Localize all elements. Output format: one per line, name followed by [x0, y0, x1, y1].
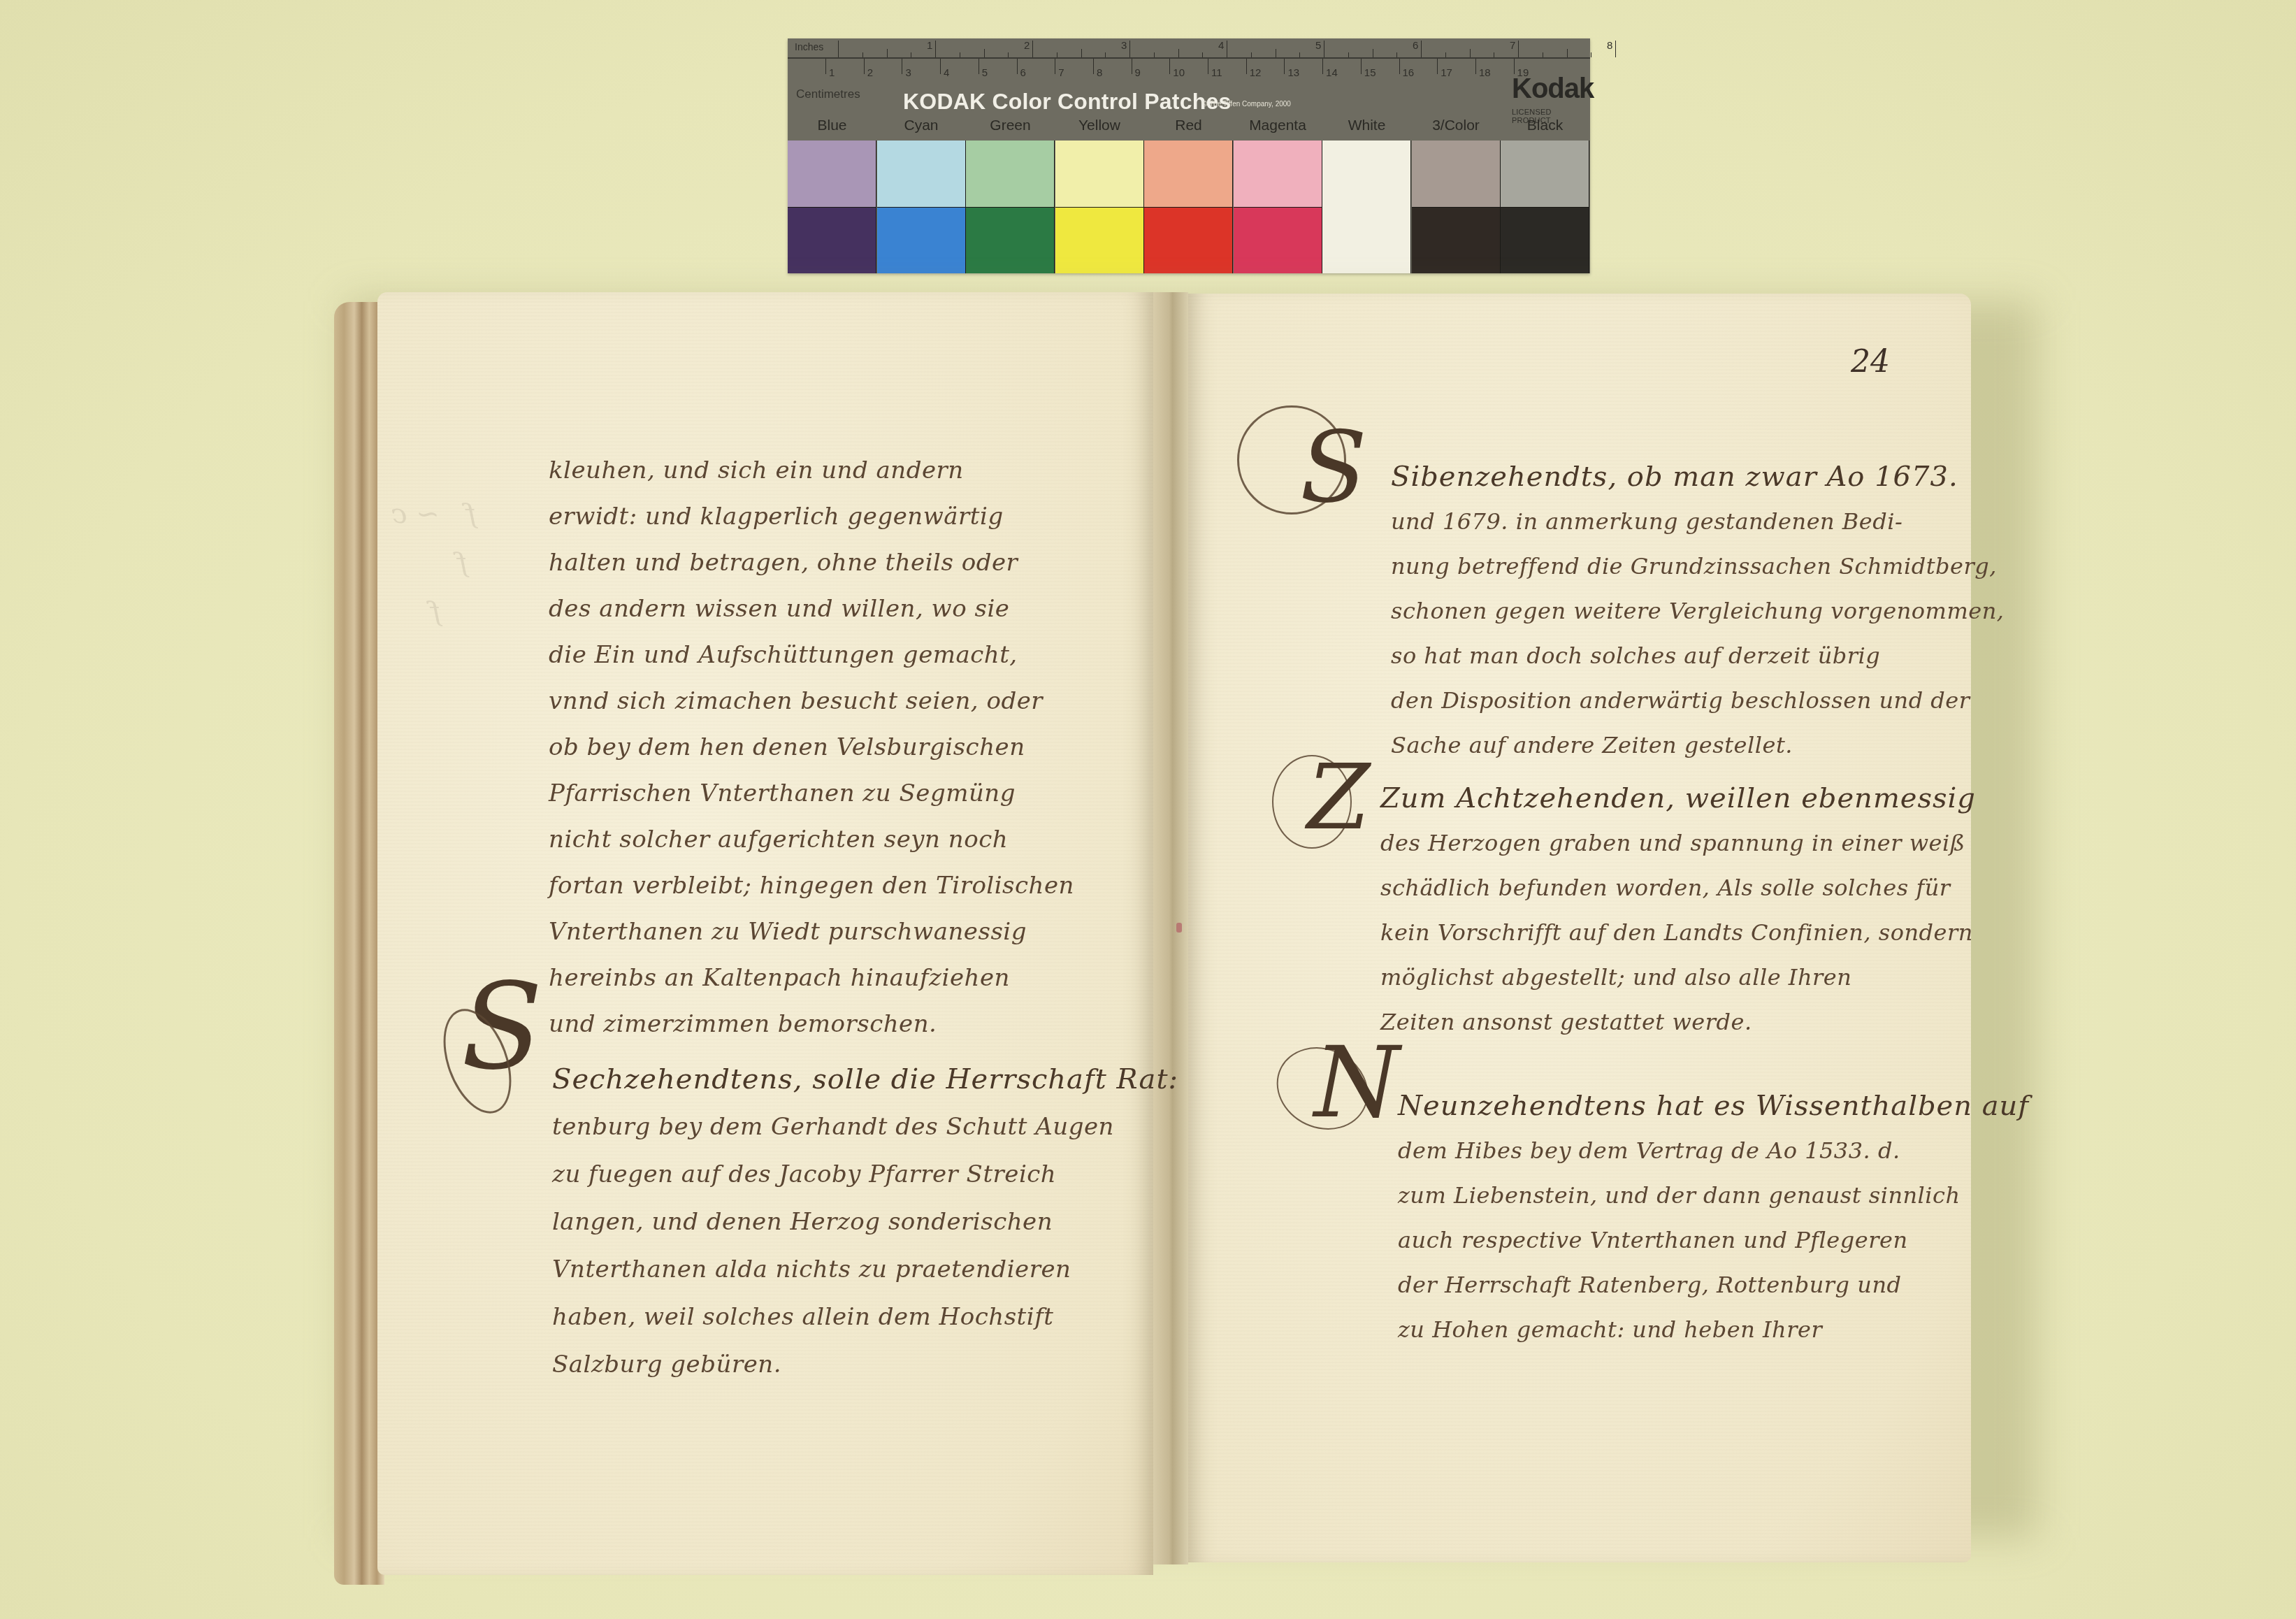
- ruler-tick: [838, 41, 839, 57]
- cm-mark: 4: [944, 67, 949, 79]
- article-16-text: Sechzehendtens, solle die Herrschaft Rat…: [552, 1056, 1178, 1388]
- centimetres-label: Centimetres: [796, 87, 860, 101]
- article-17-text: Sibenzehendts, ob man zwar Ao 1673. und …: [1391, 454, 2004, 768]
- inch-mark: 6: [1413, 40, 1418, 52]
- cm-mark: 1: [829, 67, 835, 79]
- text-line: Salzburg gebüren.: [552, 1341, 1178, 1388]
- ruler-tick: [1129, 41, 1130, 57]
- patch-blue-dark: [788, 208, 876, 273]
- inch-mark: 7: [1510, 40, 1515, 52]
- patch-label-black: Black: [1501, 117, 1589, 134]
- inch-mark: 4: [1218, 40, 1224, 52]
- ruler-tick: [1615, 41, 1616, 57]
- ruler-tick: [1081, 49, 1082, 57]
- ruler-tick: [1470, 49, 1471, 57]
- ruler-tick: [864, 59, 865, 74]
- ruler-tick: [1055, 59, 1055, 74]
- ruler-tick: [1399, 59, 1400, 74]
- ruler-tick: [1208, 59, 1208, 74]
- text-line: Zeiten ansonst gestattet werde.: [1380, 1000, 1976, 1044]
- text-line: den Disposition anderwärtig beschlossen …: [1391, 678, 2004, 723]
- ruler-tick: [1348, 52, 1349, 57]
- ruler-tick: [979, 59, 979, 74]
- patch-red-light: [1144, 141, 1233, 208]
- ruler-tick: [1276, 49, 1276, 57]
- ruler-tick: [1284, 59, 1285, 74]
- text-line: schonen gegen weitere Vergleichung vorge…: [1391, 589, 2004, 633]
- inch-mark: 1: [927, 40, 932, 52]
- cm-mark: 2: [867, 67, 873, 79]
- text-line: ob bey dem hen denen Velsburgischen: [549, 724, 1074, 770]
- ruler-tick: [1246, 59, 1247, 74]
- decorated-initial-z: Z: [1307, 751, 1370, 842]
- ruler-tick: [1591, 52, 1591, 57]
- text-line: tenburg bey dem Gerhandt des Schutt Auge…: [552, 1103, 1178, 1151]
- ruler-tick: [935, 41, 936, 57]
- ruler-tick: [1475, 59, 1476, 74]
- patch-yellow-dark: [1055, 208, 1144, 273]
- patch-label-cyan: Cyan: [877, 117, 966, 134]
- article-19-text: Neunzehendtens hat es Wissenthalben auf …: [1398, 1084, 2029, 1352]
- ruler-tick: [960, 52, 960, 57]
- card-title: KODAK Color Control Patches: [903, 89, 1231, 115]
- text-line: des Herzogen graben und spannung in eine…: [1380, 821, 1976, 865]
- text-line: dem Hibes bey dem Vertrag de Ao 1533. d.: [1398, 1128, 2029, 1173]
- ruler-tick: [1132, 59, 1132, 74]
- ruler-tick: [1396, 52, 1397, 57]
- patch-black-light: [1501, 141, 1589, 208]
- article-heading: Zum Achtzehenden, weillen ebenmessig: [1380, 776, 1976, 821]
- patch-white: [1322, 141, 1411, 273]
- patch-magenta-dark: [1234, 208, 1322, 273]
- cm-mark: 7: [1058, 67, 1064, 79]
- patch-black-dark: [1501, 208, 1589, 273]
- ruler-tick: [1361, 59, 1362, 74]
- text-line: vnnd sich zimachen besucht seien, oder: [549, 678, 1074, 724]
- text-line: auch respective Vnterthanen und Pflegere…: [1398, 1218, 2029, 1262]
- text-line: schädlich befunden worden, Als solle sol…: [1380, 865, 1976, 910]
- text-line: die Ein und Aufschüttungen gemacht,: [549, 632, 1074, 678]
- ruler-tick: [1008, 52, 1009, 57]
- text-line: zu fuegen auf des Jacoby Pfarrer Streich: [552, 1151, 1178, 1198]
- cm-mark: 3: [905, 67, 911, 79]
- ruler-tick: [1032, 41, 1033, 57]
- patch-label-green: Green: [966, 117, 1055, 134]
- cm-mark: 17: [1441, 67, 1452, 79]
- text-line: fortan verbleibt; hingegen den Tirolisch…: [549, 863, 1074, 909]
- text-line: und 1679. in anmerkung gestandenen Bedi-: [1391, 499, 2004, 544]
- patch-label-blue: Blue: [788, 117, 876, 134]
- ruler-tick: [1514, 59, 1515, 74]
- inch-mark: 3: [1121, 40, 1127, 52]
- article-heading: Neunzehendtens hat es Wissenthalben auf: [1398, 1084, 2029, 1128]
- patch-labels: BlueCyanGreenYellowRedMagentaWhite3/Colo…: [788, 117, 1590, 138]
- text-line: haben, weil solches allein dem Hochstift: [552, 1293, 1178, 1341]
- folio-number: 24: [1851, 344, 1890, 380]
- left-page-continuation-text: kleuhen, und sich ein und andern erwidt:…: [549, 447, 1074, 1047]
- ruler-tick: [1178, 49, 1179, 57]
- ruler-tick: [825, 59, 826, 74]
- text-line: hereinbs an Kaltenpach hinaufziehen: [549, 955, 1074, 1001]
- ruler-tick: [1494, 52, 1494, 57]
- text-line: möglichst abgestellt; und also alle Ihre…: [1380, 955, 1976, 1000]
- ruler-tick: [1057, 52, 1057, 57]
- text-line: nung betreffend die Grundzinssachen Schm…: [1391, 544, 2004, 589]
- ruler-tick: [984, 49, 985, 57]
- text-line: kein Vorschrifft auf den Landts Confinie…: [1380, 910, 1976, 955]
- ruler-tick: [1169, 59, 1170, 74]
- patch-blue-light: [788, 141, 876, 208]
- text-line: Sache auf andere Zeiten gestellet.: [1391, 723, 2004, 768]
- ruler-tick: [1299, 52, 1300, 57]
- cm-mark: 14: [1326, 67, 1338, 79]
- ruler-tick: [1227, 41, 1227, 57]
- text-line: nicht solcher aufgerichten seyn noch: [549, 816, 1074, 863]
- ruler-tick: [887, 49, 888, 57]
- text-line: Vnterthanen alda nichts zu praetendieren: [552, 1246, 1178, 1293]
- patch-label-white: White: [1322, 117, 1411, 134]
- patch-red-dark: [1144, 208, 1233, 273]
- ruler-tick: [1017, 59, 1018, 74]
- article-heading: Sechzehendtens, solle die Herrschaft Rat…: [552, 1056, 1178, 1103]
- cm-mark: 10: [1173, 67, 1185, 79]
- ruler-tick: [902, 59, 902, 74]
- ruler-tick: [1093, 59, 1094, 74]
- patch-green-dark: [966, 208, 1055, 273]
- text-line: kleuhen, und sich ein und andern: [549, 447, 1074, 494]
- ruler-tick: [911, 52, 911, 57]
- patch-label-yellow: Yellow: [1055, 117, 1144, 134]
- cm-mark: 12: [1250, 67, 1262, 79]
- text-line: Vnterthanen zu Wiedt purschwanessig: [549, 909, 1074, 955]
- inch-ruler: Inches 12345678: [788, 38, 1590, 59]
- cm-mark: 18: [1479, 67, 1491, 79]
- patch-magenta-light: [1234, 141, 1322, 208]
- cm-mark: 5: [982, 67, 988, 79]
- cm-mark: 9: [1135, 67, 1141, 79]
- color-patches: [788, 141, 1590, 273]
- kodak-color-control-card: Inches 12345678 123456789101112131415161…: [788, 38, 1590, 273]
- cm-mark: 8: [1097, 67, 1102, 79]
- decorated-initial-n: N: [1314, 1035, 1400, 1132]
- text-line: so hat man doch solches auf derzeit übri…: [1391, 633, 2004, 678]
- inch-mark: 2: [1024, 40, 1030, 52]
- patch-label-3-color: 3/Color: [1412, 117, 1501, 134]
- patch-green-light: [966, 141, 1055, 208]
- text-line: des andern wissen und willen, wo sie: [549, 586, 1074, 632]
- decorated-initial-s: S: [1300, 419, 1367, 517]
- ruler-tick: [1324, 41, 1324, 57]
- centimetre-ruler: 12345678910111213141516171819: [788, 59, 1590, 87]
- cm-mark: 13: [1287, 67, 1299, 79]
- patch-cyan-light: [877, 141, 966, 208]
- ruler-tick: [1202, 52, 1203, 57]
- cm-mark: 16: [1403, 67, 1415, 79]
- text-line: langen, und denen Herzog sonderischen: [552, 1198, 1178, 1246]
- text-line: erwidt: und klagperlich gegenwärtig: [549, 494, 1074, 540]
- ruler-tick: [1421, 41, 1422, 57]
- ruler-tick: [1445, 52, 1446, 57]
- text-line: zum Liebenstein, und der dann genaust si…: [1398, 1173, 2029, 1218]
- ruler-tick: [1251, 52, 1252, 57]
- inch-mark: 8: [1607, 40, 1612, 52]
- patch-yellow-light: [1055, 141, 1144, 208]
- inch-mark: 5: [1315, 40, 1321, 52]
- text-line: der Herrschaft Ratenberg, Rottenburg und: [1398, 1262, 2029, 1307]
- ruler-tick: [1373, 49, 1373, 57]
- text-line: Pfarrischen Vnterthanen zu Segmüng: [549, 770, 1074, 816]
- ruler-tick: [1518, 41, 1519, 57]
- cm-mark: 11: [1211, 67, 1222, 79]
- ruler-tick: [1567, 49, 1568, 57]
- ruler-tick: [1543, 52, 1543, 57]
- ruler-tick: [1105, 52, 1106, 57]
- binding-thread: [1176, 923, 1182, 933]
- ruler-tick: [1154, 52, 1155, 57]
- ruler-tick: [940, 59, 941, 74]
- article-18-text: Zum Achtzehenden, weillen ebenmessig des…: [1380, 776, 1976, 1044]
- ruler-tick: [1437, 59, 1438, 74]
- patch-3-color-light: [1412, 141, 1501, 208]
- patch-label-magenta: Magenta: [1234, 117, 1322, 134]
- ruler-tick: [1322, 59, 1323, 74]
- inches-label: Inches: [795, 41, 823, 52]
- cm-mark: 6: [1020, 67, 1026, 79]
- patch-cyan-dark: [877, 208, 966, 273]
- patch-label-red: Red: [1144, 117, 1233, 134]
- text-line: und zimerzimmen bemorschen.: [549, 1001, 1074, 1047]
- cm-mark: 15: [1364, 67, 1376, 79]
- kodak-logo: Kodak: [1512, 73, 1594, 105]
- text-line: zu Hohen gemacht: und heben Ihrer: [1398, 1307, 2029, 1352]
- text-line: halten und betragen, ohne theils oder: [549, 540, 1074, 586]
- article-heading: Sibenzehendts, ob man zwar Ao 1673.: [1391, 454, 2004, 499]
- card-copyright: © The Tiffen Company, 2000: [1202, 101, 1291, 108]
- patch-3-color-dark: [1412, 208, 1501, 273]
- ruler-tick: [862, 52, 863, 57]
